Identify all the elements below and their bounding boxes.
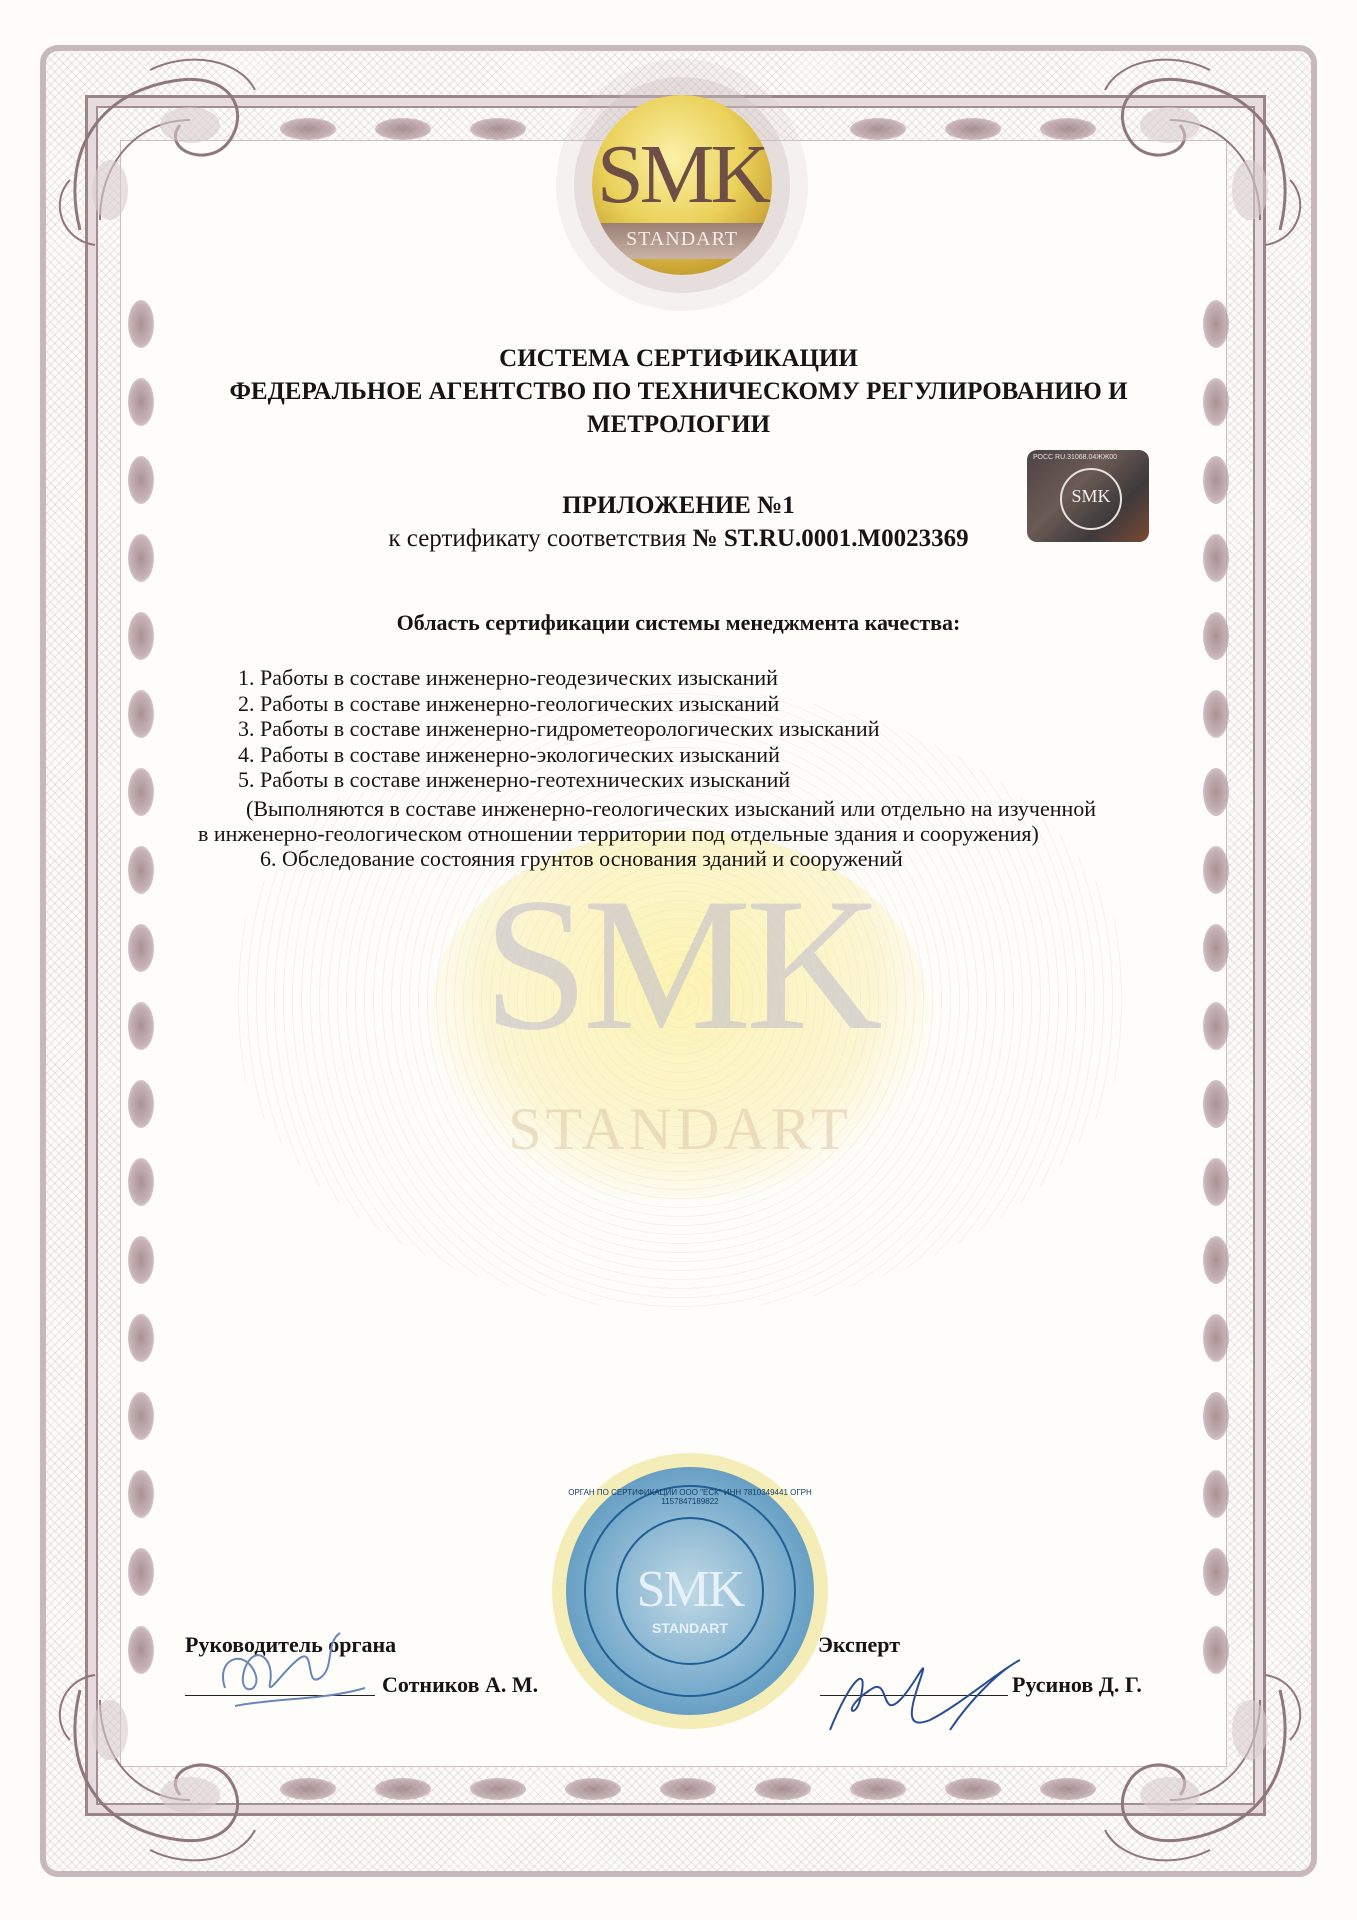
logo-subtext: STANDART — [592, 228, 772, 251]
border-bead — [375, 1778, 431, 1800]
border-bead — [128, 1392, 154, 1440]
corner-scroll-ornament-top-left — [40, 30, 270, 260]
border-bead — [755, 1778, 811, 1800]
border-bead — [850, 118, 906, 140]
border-bead — [128, 924, 154, 972]
border-bead — [128, 1080, 154, 1128]
hologram-code: РОСС RU.31068.04ЖЖ00 — [1033, 454, 1117, 461]
border-bead — [850, 1778, 906, 1800]
scope-list: 1. Работы в составе инженерно-геодезичес… — [238, 665, 879, 793]
scope-item: 6. Обследование состояния грунтов основа… — [260, 846, 903, 872]
border-bead — [1203, 846, 1229, 894]
border-bead — [565, 1778, 621, 1800]
border-bead — [128, 768, 154, 816]
border-bead — [1040, 118, 1096, 140]
seal-subtext: STANDART — [566, 1620, 814, 1636]
header-line-1: СИСТЕМА СЕРТИФИКАЦИИ — [0, 345, 1357, 373]
annex-title: ПРИЛОЖЕНИЕ №1 — [0, 492, 1357, 520]
border-bead — [128, 690, 154, 738]
border-bead — [1203, 1470, 1229, 1518]
scope-item: 4. Работы в составе инженерно-экологичес… — [238, 742, 879, 768]
scope-note-line-2: в инженерно-геологическом отношении терр… — [198, 821, 1039, 847]
scope-item: 1. Работы в составе инженерно-геодезичес… — [238, 665, 879, 691]
border-bead — [470, 1778, 526, 1800]
certificate-reference: к сертификату соответствия № ST.RU.0001.… — [0, 525, 1357, 553]
certificate-number: № ST.RU.0001.M0023369 — [693, 525, 969, 552]
seal-logo: SMK — [566, 1560, 814, 1619]
border-bead — [470, 118, 526, 140]
certificate-reference-prefix: к сертификату соответствия — [388, 525, 692, 552]
border-bead — [1203, 1314, 1229, 1362]
scope-item: 3. Работы в составе инженерно-гидрометео… — [238, 716, 879, 742]
watermark-logo-text: SMK — [430, 870, 930, 1060]
corner-scroll-ornament-top-right — [1090, 30, 1320, 260]
scope-heading: Область сертификации системы менеджмента… — [0, 610, 1357, 636]
border-bead — [945, 1778, 1001, 1800]
border-bead — [1203, 1236, 1229, 1284]
scope-note-line-1: (Выполняются в составе инженерно-геологи… — [246, 796, 1096, 822]
header-line-3: МЕТРОЛОГИИ — [0, 411, 1357, 439]
border-bead — [1203, 300, 1229, 348]
watermark-logo-subtext: STANDART — [430, 1095, 930, 1164]
scope-item: 2. Работы в составе инженерно-геологичес… — [238, 691, 879, 717]
border-bead — [375, 118, 431, 140]
signatory-right-name: Русинов Д. Г. — [1012, 1672, 1142, 1698]
border-bead — [128, 1158, 154, 1206]
border-bead — [128, 1314, 154, 1362]
border-bead — [1203, 924, 1229, 972]
signatory-left-name: Сотников А. М. — [382, 1672, 538, 1698]
border-bead — [128, 1002, 154, 1050]
logo-text: SMK — [592, 133, 772, 217]
border-bead — [945, 118, 1001, 140]
seal-ring-text: ОРГАН ПО СЕРТИФИКАЦИИ ООО "ЕСК" ИНН 7810… — [566, 1488, 814, 1506]
smk-standart-logo: SMK STANDART — [592, 95, 772, 275]
border-bead — [1203, 1392, 1229, 1440]
border-bead — [128, 846, 154, 894]
border-bead — [1203, 1002, 1229, 1050]
scope-item: 5. Работы в составе инженерно-геотехниче… — [238, 767, 879, 793]
border-bead — [128, 1470, 154, 1518]
border-bead — [660, 1778, 716, 1800]
border-bead — [1203, 1080, 1229, 1128]
border-bead — [280, 118, 336, 140]
handwritten-signature-left — [205, 1628, 375, 1718]
header-line-2: ФЕДЕРАЛЬНОЕ АГЕНТСТВО ПО ТЕХНИЧЕСКОМУ РЕ… — [0, 378, 1357, 406]
border-bead — [1203, 1158, 1229, 1206]
border-bead — [1203, 690, 1229, 738]
border-bead — [1040, 1778, 1096, 1800]
border-bead — [1203, 768, 1229, 816]
border-bead — [1203, 1548, 1229, 1596]
border-bead — [128, 300, 154, 348]
handwritten-signature-right — [810, 1640, 1030, 1740]
border-bead — [280, 1778, 336, 1800]
border-bead — [128, 1548, 154, 1596]
border-bead — [128, 1236, 154, 1284]
